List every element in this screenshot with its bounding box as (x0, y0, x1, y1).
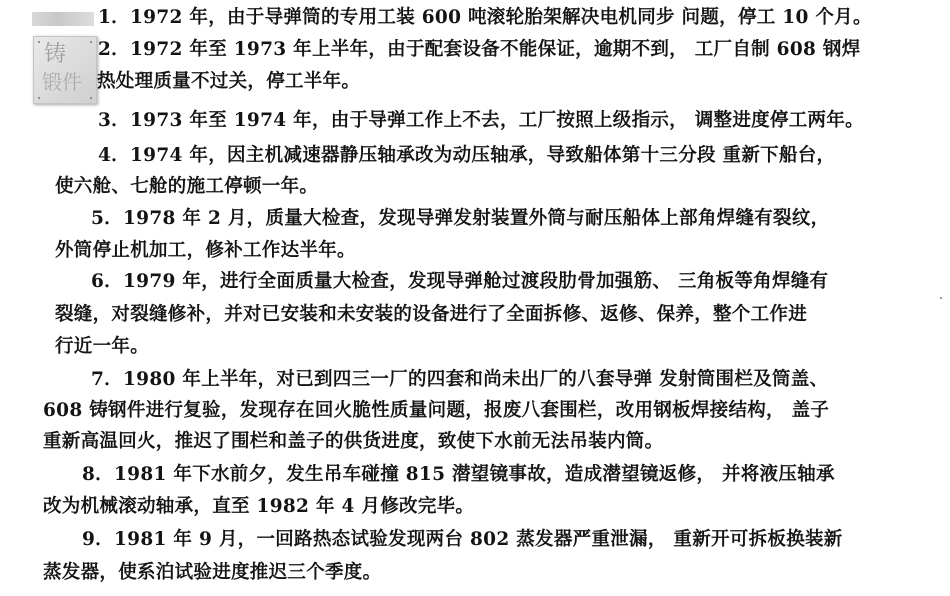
item-6-line-2: 裂缝，对裂缝修补，并对已安装和未安装的设备进行了全面拆修、返修、保养，整个工作进 (55, 302, 807, 328)
scan-speck (940, 297, 942, 299)
watermark-logo: 铸 锻件 (33, 36, 97, 104)
item-2-line-2: 热处理质量不过关，停工半年。 (97, 69, 360, 95)
watermark-corner-dot (38, 41, 40, 43)
item-8-line-1: 8．1981 年下水前夕，发生吊车碰撞 815 潜望镜事故，造成潜望镜返修， 并… (82, 462, 835, 488)
item-7-line-1: 7．1980 年上半年，对已到四三一厂的四套和尚未出厂的八套导弹 发射筒围栏及筒… (91, 367, 828, 393)
watermark-strip (32, 12, 94, 26)
item-6-line-3: 行近一年。 (55, 334, 149, 360)
watermark-corner-dot (90, 41, 92, 43)
item-2-line-1: 2．1972 年至 1973 年上半年，由于配套设备不能保证，逾期不到， 工厂自… (98, 37, 861, 63)
item-3-line-1: 3．1973 年至 1974 年，由于导弹工作上不去，工厂按照上级指示， 调整进… (98, 108, 864, 134)
item-7-line-3: 重新高温回火，推迟了围栏和盖子的供货进度，致使下水前无法吊装内筒。 (43, 429, 663, 455)
item-6-line-1: 6．1979 年，进行全面质量大检查，发现导弹舱过渡段肋骨加强筋、 三角板等角焊… (91, 269, 828, 295)
watermark-corner-dot (38, 97, 40, 99)
item-4-line-2: 使六舱、七舱的施工停顿一年。 (55, 174, 318, 200)
item-9-line-2: 蒸发器，使系泊试验进度推迟三个季度。 (43, 560, 381, 586)
item-7-line-2: 608 铸钢件进行复验，发现存在回火脆性质量问题，报废八套围栏，改用钢板焊接结构… (43, 398, 829, 424)
watermark-corner-dot (90, 97, 92, 99)
item-4-line-1: 4．1974 年，因主机减速器静压轴承改为动压轴承，导致船体第十三分段 重新下船… (98, 143, 835, 169)
watermark-logo-text-top: 铸 (44, 41, 66, 69)
item-5-line-2: 外筒停止机加工，修补工作达半年。 (55, 238, 356, 264)
item-1-line-1: 1．1972 年，由于导弹筒的专用工装 600 吨滚轮胎架解决电机同步 问题，停… (98, 5, 872, 31)
item-9-line-1: 9．1981 年 9 月，一回路热态试验发现两台 802 蒸发器严重泄漏， 重新… (82, 527, 843, 553)
document-page: 铸 锻件 1．1972 年，由于导弹筒的专用工装 600 吨滚轮胎架解决电机同步… (0, 0, 950, 596)
item-5-line-1: 5．1978 年 2 月，质量大检查，发现导弹发射装置外筒与耐压船体上部角焊缝有… (91, 206, 829, 232)
watermark-logo-text-bottom: 锻件 (42, 69, 82, 95)
item-8-line-2: 改为机械滚动轴承，直至 1982 年 4 月修改完毕。 (43, 494, 474, 520)
